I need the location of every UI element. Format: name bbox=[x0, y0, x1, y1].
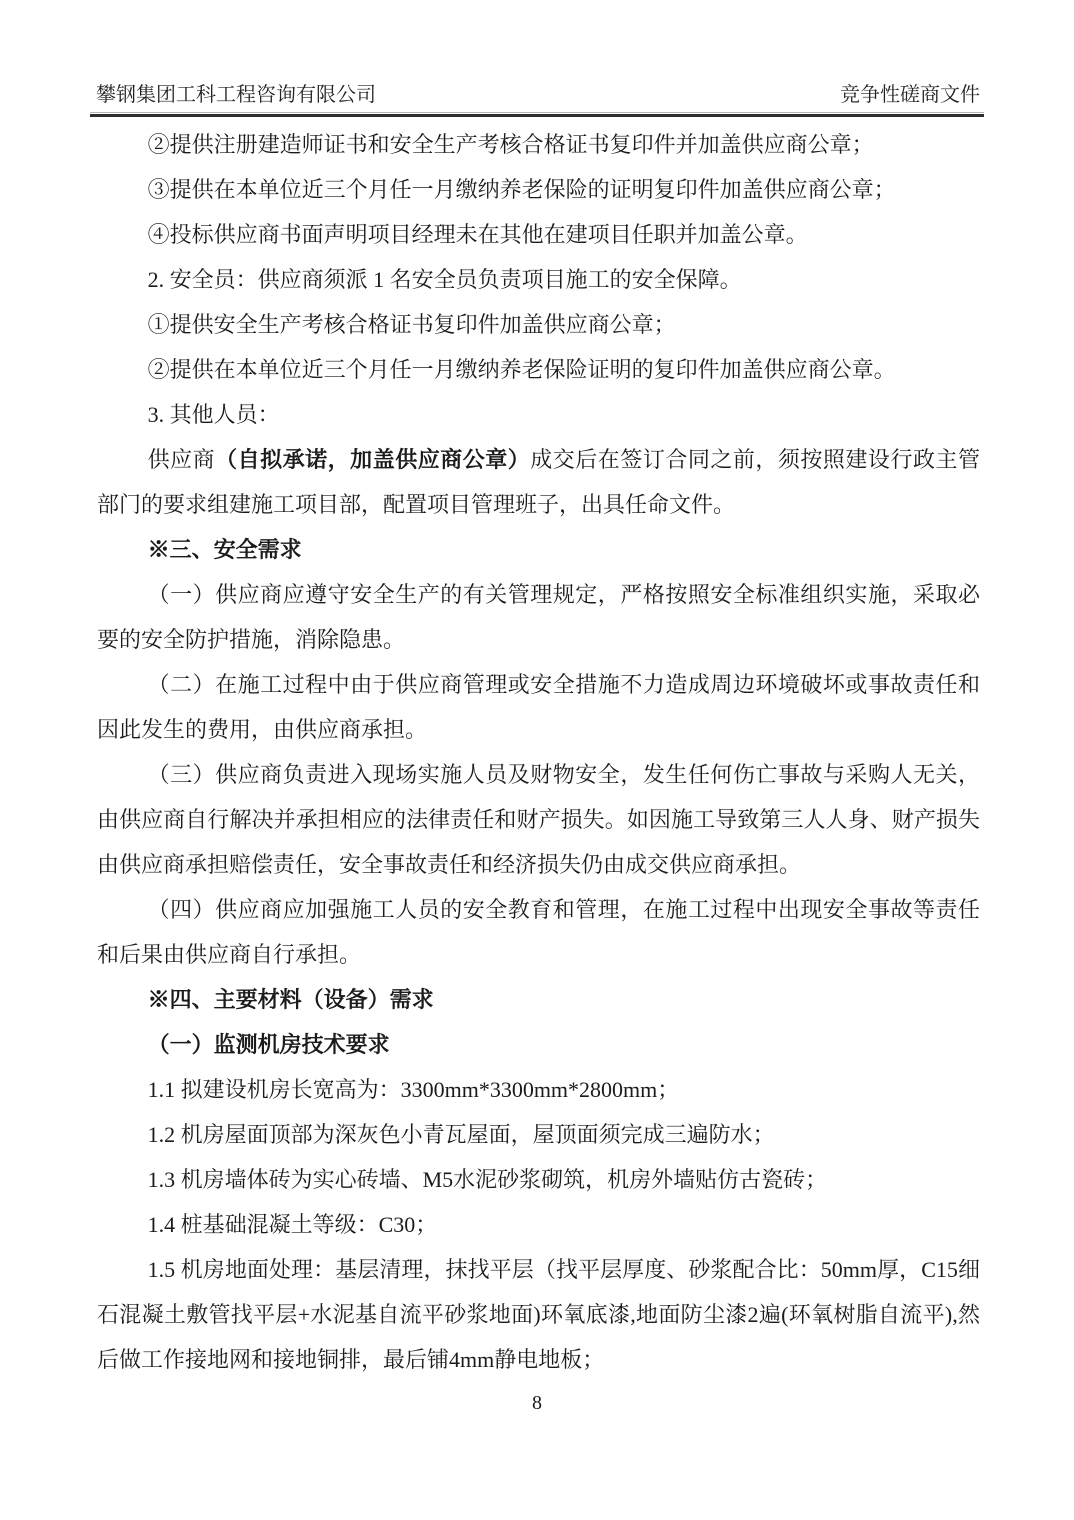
clause-item-3-other-staff: 3. 其他人员： bbox=[97, 392, 980, 437]
promise-text-bold: （自拟承诺，加盖供应商公章） bbox=[215, 447, 530, 472]
section-heading-4-materials: ※四、主要材料（设备）需求 bbox=[97, 977, 980, 1022]
safety-clause-2: （二）在施工过程中由于供应商管理或安全措施不力造成周边环境破坏或事故责任和因此发… bbox=[97, 662, 980, 752]
page-number: 8 bbox=[0, 1392, 1074, 1415]
clause-item-2-safety-officer: 2. 安全员：供应商须派 1 名安全员负责项目施工的安全保障。 bbox=[97, 257, 980, 302]
document-body: ②提供注册建造师证书和安全生产考核合格证书复印件并加盖供应商公章； ③提供在本单… bbox=[97, 122, 980, 1382]
clause-item-circ4: ④投标供应商书面声明项目经理未在其他在建项目任职并加盖公章。 bbox=[97, 212, 980, 257]
requirement-1-3: 1.3 机房墙体砖为实心砖墙、M5水泥砂浆砌筑，机房外墙贴仿古瓷砖； bbox=[97, 1157, 980, 1202]
requirement-1-5: 1.5 机房地面处理：基层清理，抹找平层（找平层厚度、砂浆配合比：50mm厚，C… bbox=[97, 1247, 980, 1382]
document-page: 攀钢集团工科工程咨询有限公司 竞争性磋商文件 ②提供注册建造师证书和安全生产考核… bbox=[0, 0, 1074, 1520]
page-header: 攀钢集团工科工程咨询有限公司 竞争性磋商文件 bbox=[96, 82, 980, 108]
requirement-1-1: 1.1 拟建设机房长宽高为：3300mm*3300mm*2800mm； bbox=[97, 1067, 980, 1112]
subsection-heading-monitoring-room: （一）监测机房技术要求 bbox=[97, 1022, 980, 1067]
header-rule bbox=[90, 112, 984, 117]
clause-item-2-sub1: ①提供安全生产考核合格证书复印件加盖供应商公章； bbox=[97, 302, 980, 347]
supplier-promise-paragraph: 供应商（自拟承诺，加盖供应商公章）成交后在签订合同之前，须按照建设行政主管部门的… bbox=[97, 437, 980, 527]
clause-item-circ2: ②提供注册建造师证书和安全生产考核合格证书复印件并加盖供应商公章； bbox=[97, 122, 980, 167]
clause-item-2-sub2: ②提供在本单位近三个月任一月缴纳养老保险证明的复印件加盖供应商公章。 bbox=[97, 347, 980, 392]
safety-clause-3: （三）供应商负责进入现场实施人员及财物安全，发生任何伤亡事故与采购人无关，由供应… bbox=[97, 752, 980, 887]
safety-clause-4: （四）供应商应加强施工人员的安全教育和管理，在施工过程中出现安全事故等责任和后果… bbox=[97, 887, 980, 977]
requirement-1-2: 1.2 机房屋面顶部为深灰色小青瓦屋面，屋顶面须完成三遍防水； bbox=[97, 1112, 980, 1157]
header-doc-type: 竞争性磋商文件 bbox=[840, 82, 980, 108]
promise-text-pre: 供应商 bbox=[148, 447, 216, 472]
clause-item-circ3: ③提供在本单位近三个月任一月缴纳养老保险的证明复印件加盖供应商公章； bbox=[97, 167, 980, 212]
section-heading-3-safety: ※三、安全需求 bbox=[97, 527, 980, 572]
safety-clause-1: （一）供应商应遵守安全生产的有关管理规定，严格按照安全标准组织实施，采取必要的安… bbox=[97, 572, 980, 662]
header-rule-thin-line bbox=[90, 112, 984, 113]
header-rule-thick-line bbox=[90, 114, 984, 117]
header-company-name: 攀钢集团工科工程咨询有限公司 bbox=[96, 82, 376, 108]
requirement-1-4: 1.4 桩基础混凝土等级：C30； bbox=[97, 1202, 980, 1247]
